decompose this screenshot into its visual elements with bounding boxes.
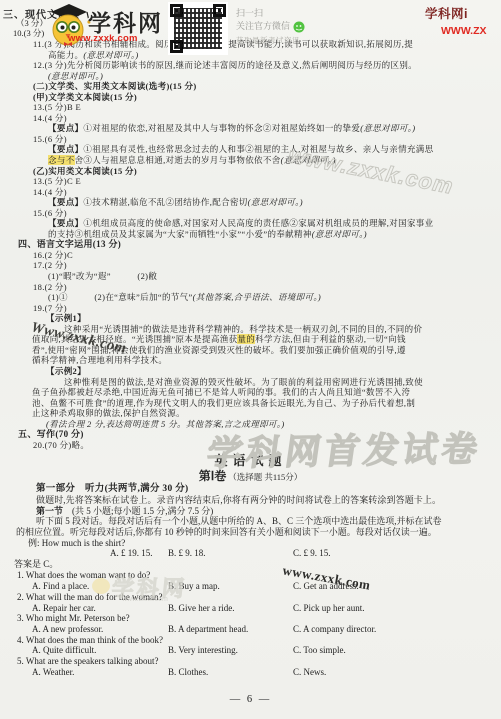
line-label: 【要点】 <box>48 123 83 133</box>
line-text: 【示例1】 <box>46 313 86 323</box>
line-text: ①对祖屋的依恋,对祖屋及其中人与事物的怀念②对祖屋始终如一的挚爱 <box>83 123 360 133</box>
note-text: (意思对即可。) <box>312 229 367 239</box>
question-text: 5. What are the speakers talking about? <box>17 656 501 667</box>
english-test-section: 英语试题 第Ⅰ卷（选择题 共115分） 第一部分 听力(共两节,满分 30 分)… <box>0 456 501 677</box>
highlighted-text: 念与不 <box>48 155 75 165</box>
text-line: 【要点】①技术精湛,临危不乱②团结协作,配合密切(意思对即可。) <box>48 197 501 208</box>
option-b: B. Buy a map. <box>168 581 220 592</box>
line-text: 14.(4 分) <box>33 113 67 123</box>
line-text: 四、语言文字运用(13 分) <box>18 239 121 249</box>
line-text: ①技术精湛,临危不乱②团结协作,配合密切 <box>83 197 247 207</box>
line-text: 20.(70 分)略。 <box>33 440 89 450</box>
question-item: 5. What are the speakers talking about? … <box>0 656 501 677</box>
wechat-icon <box>293 21 305 33</box>
scanned-exam-answer-page: 三、现代文阅读 （3 分） ） 10.(3 分) 学科网 www.zxxk.co… <box>0 0 501 719</box>
line-text: 鱼子鱼孙都被赶尽杀绝,中国近海无鱼可捕已不是耸人听闻的事。我们的古人尚且知道“数… <box>32 387 410 397</box>
scan-line3: 获取最新考试资讯 <box>236 34 305 47</box>
chinese-answer-block: 11.(3 分)阅历和读书相辅相成。阅历能够丰富知识,提高读书能力;读书可以获取… <box>0 39 501 450</box>
site-banner-top-right: 学科网i WWW.ZX <box>425 4 501 37</box>
qr-code <box>168 2 228 55</box>
text-line: 【要点】①祖屋具有灵性,也经常思念过去的人和事②祖屋的主人,对祖屋与故乡、亲人与… <box>48 144 501 155</box>
text-line: 16.(2 分)C <box>33 250 501 261</box>
example-option-a: A. £ 19. 15. <box>110 548 153 559</box>
option-a: A. Repair her car. <box>32 603 96 614</box>
question-list: 1. What does the woman want to do? A. Fi… <box>0 570 501 677</box>
section1-rest: (共 5 小题;每小题 1.5 分,满分 7.5 分) <box>63 506 213 516</box>
option-c: C. Pick up her aunt. <box>293 603 365 614</box>
line-text: ①机组成员高度的使命感,对国家对人民高度的责任感②家属对机组成员的理解,对国家事… <box>83 218 433 228</box>
volume-label: 第Ⅰ卷 <box>199 469 227 483</box>
question-item: 4. What does the man think of the book? … <box>0 635 501 656</box>
note-text: (意思对即可。) <box>83 50 138 60</box>
line-text: (甲)文学类文本阅读(15 分) <box>33 92 137 102</box>
text-line: 【示例2】 <box>46 366 501 377</box>
text-line: 【示例1】 <box>46 313 501 324</box>
zxxk-logo-url: www.zxxk.com <box>68 33 138 44</box>
text-line: 15.(6 分) <box>33 208 501 219</box>
line-text: 高能力。 <box>48 50 83 60</box>
line-text: 的支持③机组成员及其家属为“大家”而牺牲“小家”“小爱”的奉献精神 <box>48 229 312 239</box>
option-b: B. Very interesting. <box>168 645 238 656</box>
line-text: (二)文学类、实用类文本阅读(选考)(15 分) <box>33 81 197 91</box>
line-text: 【示例2】 <box>46 366 86 376</box>
line-label: 【要点】 <box>48 144 83 154</box>
text-line: 循科学精神,合理地利用科学技术。 <box>32 355 501 366</box>
line-text: 15.(6 分) <box>33 208 67 218</box>
text-line: 四、语言文字运用(13 分) <box>18 239 501 250</box>
text-line: 20.(70 分)略。 <box>33 440 501 451</box>
line-text: (1)① (2)在“意味”后加“的节气” <box>48 292 193 302</box>
text-line: (二)文学类、实用类文本阅读(选考)(15 分) <box>33 81 501 92</box>
volume-sub: （选择题 共115分） <box>228 472 302 482</box>
text-line: 池、鱼鳖不可胜食”的道理,作为现代文明人的我们更应该具备长远眼光,为自己、为子孙… <box>32 398 501 409</box>
options-row: A. A new professor. B. A department head… <box>0 624 501 635</box>
text-line: (意思对即可。) <box>48 71 501 82</box>
wechat-scan-caption: 扫一扫 关注官方微信 获取最新考试资讯 <box>236 7 305 47</box>
line-text: 池、鱼鳖不可胜食”的道理,作为现代文明人的我们更应该具备长远眼光,为自己、为子孙… <box>32 398 415 408</box>
options-row: A. Find a place. B. Buy a map. C. Get an… <box>0 581 501 592</box>
question-text: 2. What will the man do for the woman? <box>17 592 501 603</box>
page-number: — 6 — <box>0 694 501 705</box>
option-a: A. Find a place. <box>32 581 89 592</box>
text-line: 【要点】①机组成员高度的使命感,对国家对人民高度的责任感②家属对机组成员的理解,… <box>48 218 501 229</box>
option-c: C. A company director. <box>293 624 376 635</box>
line-text: 舍③人与祖屋息息相通,对逝去的岁月与事物依依不舍 <box>75 155 281 165</box>
option-b: B. Clothes. <box>168 667 208 678</box>
note-text: (看法合理 2 分,表达简明连贯 5 分。其他答案,言之成理即可。) <box>46 419 285 429</box>
text-line: (1)“暇”改为“遐” (2)敝 <box>48 271 501 282</box>
instruction-note: 做题时,先将答案标在试卷上。录音内容结束后,你将有两分钟的时间将试卷上的答案转涂… <box>36 495 501 506</box>
note-text: (其他答案,合乎语法、语境即可。) <box>193 292 322 302</box>
section1-heading: 第一节 (共 5 小题;每小题 1.5 分,满分 7.5 分) <box>36 506 501 517</box>
options-row: A. Repair her car. B. Give her a ride. C… <box>0 603 501 614</box>
text-line: 14.(4 分) <box>33 113 501 124</box>
line-text: 这种惟利是图的做法,是对渔业资源的毁灭性破坏。为了眼前的利益用密网进行光诱围捕,… <box>64 377 423 387</box>
site-name: 学科网i <box>425 4 501 22</box>
text-line: 13.(5 分)C E <box>33 176 501 187</box>
instruction-line1: 听下面 5 段对话。每段对话后有一个小题,从题中所给的 A、B、C 三个选项中选… <box>36 516 501 527</box>
text-line: 鱼子鱼孙都被赶尽杀绝,中国近海无鱼可捕已不是耸人听闻的事。我们的古人尚且知道“数… <box>32 387 501 398</box>
text-line: 15.(6 分) <box>33 134 501 145</box>
option-a: A. Weather. <box>32 667 74 678</box>
option-c: C. Get an address. <box>293 581 359 592</box>
line-text: 19.(7 分) <box>33 303 67 313</box>
text-line: (1)① (2)在“意味”后加“的节气”(其他答案,合乎语法、语境即可。) <box>48 292 501 303</box>
line-text: 14.(4 分) <box>33 187 67 197</box>
text-line: 这种采用“光诱围捕”的做法是违背科学精神的。科学技术是一柄双刃剑,不同的目的,不… <box>64 324 501 335</box>
line-label: 【要点】 <box>48 197 83 207</box>
line-text: 看”,使用“密网”围捕,将会使我们的渔业资源受到毁灭性的破坏。我们要加强正确价值… <box>32 345 406 355</box>
note-text: (意思对即可。) <box>48 71 103 81</box>
highlighted-text: 量的 <box>237 334 255 344</box>
option-b: B. Give her a ride. <box>168 603 234 614</box>
text-line: 17.(2 分) <box>33 260 501 271</box>
scan-line1: 扫一扫 <box>236 7 263 20</box>
note-text: (意思对即可。) <box>248 197 303 207</box>
text-line: 高能力。(意思对即可。) <box>48 50 501 61</box>
line-text: 值取向,其结果大相径庭。“光诱围捕”原本是提高渔获 <box>32 334 237 344</box>
line-text: 13.(5 分)B E <box>33 102 81 112</box>
line-text: 这种采用“光诱围捕”的做法是违背科学精神的。科学技术是一柄双刃剑,不同的目的,不… <box>64 324 422 334</box>
text-line: 念与不舍③人与祖屋息息相通,对逝去的岁月与事物依依不舍(意思对即可。) <box>48 155 501 166</box>
question-text: 3. Who might Mr. Peterson be? <box>17 613 501 624</box>
text-line: (看法合理 2 分,表达简明连贯 5 分。其他答案,言之成理即可。) <box>46 419 501 430</box>
site-url: WWW.ZX <box>441 25 501 37</box>
answer-line-10: 10.(3 分) <box>13 27 44 39</box>
option-c: C. Too simple. <box>293 645 346 656</box>
line-text: 15.(6 分) <box>33 134 67 144</box>
text-line: 18.(2 分) <box>33 282 501 293</box>
line-text: 循科学精神,合理地利用科学技术。 <box>32 355 167 365</box>
line-text: 止这种杀鸡取卵的做法,保护自然资源。 <box>32 408 185 418</box>
question-text: 4. What does the man think of the book? <box>17 635 501 646</box>
section1-label: 第一节 <box>36 506 63 516</box>
example-option-c: C. £ 9. 15. <box>293 548 331 559</box>
text-line: 13.(5 分)B E <box>33 102 501 113</box>
text-line: 19.(7 分) <box>33 303 501 314</box>
text-line: (甲)文学类文本阅读(15 分) <box>33 92 501 103</box>
text-line: 【要点】①对祖屋的依恋,对祖屋及其中人与事物的怀念②对祖屋始终如一的挚爱(意思对… <box>48 123 501 134</box>
note-text: (意思对即可。) <box>281 155 336 165</box>
text-line: 14.(4 分) <box>33 187 501 198</box>
scan-line2: 关注官方微信 <box>236 20 290 33</box>
text-line: 12.(3 分)先分析阅历影响读书的原因,继而论述丰富阅历的途径及意义,然后阐明… <box>33 60 501 71</box>
zxxk-logo: 学科网 www.zxxk.com <box>44 0 176 46</box>
text-line: 止这种杀鸡取卵的做法,保护自然资源。 <box>32 408 501 419</box>
line-text: ①祖屋具有灵性,也经常思念过去的人和事②祖屋的主人,对祖屋与故乡、亲人与亲情充满… <box>83 144 433 154</box>
note-text: (意思对即可。) <box>360 123 415 133</box>
line-text: (1)“暇”改为“遐” (2)敝 <box>48 271 157 281</box>
text-line: 这种惟利是图的做法,是对渔业资源的毁灭性破坏。为了眼前的利益用密网进行光诱围捕,… <box>64 377 501 388</box>
option-b: B. A department head. <box>168 624 248 635</box>
options-row: A. Quite difficult. B. Very interesting.… <box>0 645 501 656</box>
example-option-b: B. £ 9. 18. <box>168 548 206 559</box>
option-a: A. Quite difficult. <box>32 645 96 656</box>
question-item: 2. What will the man do for the woman? A… <box>0 592 501 613</box>
question-text: 1. What does the woman want to do? <box>17 570 501 581</box>
line-text: (乙)实用类文本阅读(15 分) <box>33 166 137 176</box>
options-row: A. Weather. B. Clothes. C. News. <box>0 667 501 678</box>
question-item: 1. What does the woman want to do? A. Fi… <box>0 570 501 591</box>
text-line: 看”,使用“密网”围捕,将会使我们的渔业资源受到毁灭性的破坏。我们要加强正确价值… <box>32 345 501 356</box>
example-question: 例: How much is the shirt? <box>28 538 501 549</box>
text-line: 值取向,其结果大相径庭。“光诱围捕”原本是提高渔获量的科学方法,但由于利益的驱动… <box>32 334 501 345</box>
line-label: 【要点】 <box>48 218 83 228</box>
line-text: 五、写作(70 分) <box>18 429 84 439</box>
paper-title: 英语试题 <box>0 456 501 471</box>
example-options-row: A. £ 19. 15. B. £ 9. 18. C. £ 9. 15. <box>0 548 501 559</box>
option-c: C. News. <box>293 667 326 678</box>
volume-heading: 第Ⅰ卷（选择题 共115分） <box>0 471 501 484</box>
line-text: 13.(5 分)C E <box>33 176 81 186</box>
qr-modules <box>174 8 222 49</box>
line-text: 17.(2 分) <box>33 260 67 270</box>
option-a: A. A new professor. <box>32 624 103 635</box>
example-answer: 答案是 C。 <box>14 559 501 570</box>
line-text: 12.(3 分)先分析阅历影响读书的原因,继而论述丰富阅历的途径及意义,然后阐明… <box>33 60 417 70</box>
text-line: (乙)实用类文本阅读(15 分) <box>33 166 501 177</box>
line-text: 16.(2 分)C <box>33 250 73 260</box>
text-line: 的支持③机组成员及其家属为“大家”而牺牲“小家”“小爱”的奉献精神(意思对即可。… <box>48 229 501 240</box>
question-item: 3. Who might Mr. Peterson be? A. A new p… <box>0 613 501 634</box>
line-text: 18.(2 分) <box>33 282 67 292</box>
instruction-line2: 的相应位置。听完每段对话后,你都有 10 秒钟的时间来回答有关小题和阅读下一小题… <box>16 527 501 538</box>
line-text: 科学方法,但由于利益的驱动,一切“向钱 <box>255 334 406 344</box>
part1-heading: 第一部分 听力(共两节,满分 30 分) <box>36 484 501 495</box>
text-line: 五、写作(70 分) <box>18 429 501 440</box>
